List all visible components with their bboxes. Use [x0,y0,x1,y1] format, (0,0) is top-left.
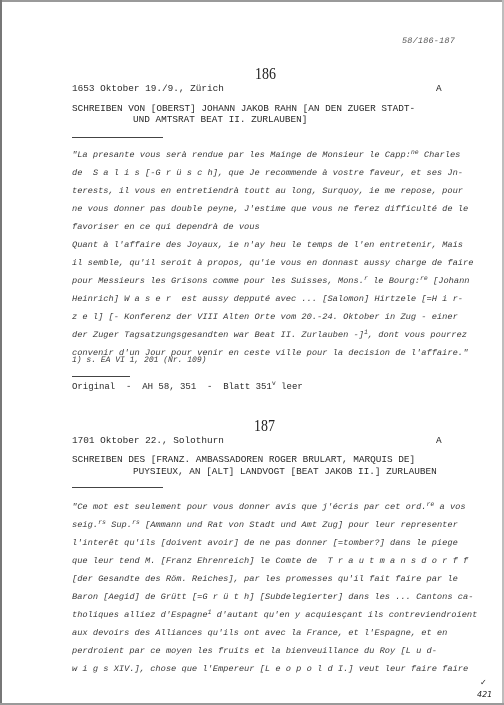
text-line: tholiques alliez d'Espagne1 d'autant qu'… [72,606,492,624]
page-reference: 58/186-187 [402,36,455,46]
text-line: favoriser en ce qui dependrà de vous [72,218,492,236]
text-line: Quant à l'affaire des Joyaux, ie n'ay he… [72,236,492,254]
footnote-186: 1) s. EA VI 1, 201 (Nr. 109) [72,356,206,365]
text-line: der Zuger Tagsatzungsgesandten war Beat … [72,326,492,344]
text-line: que leur tend M. [Franz Ehrenreich] le C… [72,552,492,570]
title-187-line2: PUYSIEUX, AN [ALT] LANDVOGT [BEAT JAKOB … [133,466,437,477]
document-number-187: 187 [254,416,275,436]
source-note-186: Original - AH 58, 351 - Blatt 351v leer [72,382,303,392]
title-187-line1: SCHREIBEN DES [FRANZ. AMBASSADOREN ROGER… [72,454,415,465]
text-line: Heinrich] W a s e r est aussy depputé av… [72,290,492,308]
text-line: ne vous donner pas double peyne, J'estim… [72,200,492,218]
checkmark-icon: ✓ [480,678,487,687]
text-line: l'interêt qu'ils [doivent avoir] de ne p… [72,534,492,552]
folio-number: 421 [477,690,492,699]
divider-rule [72,376,130,377]
text-line: aux devoirs des Alliances qu'ils ont ave… [72,624,492,642]
date-place-186: 1653 Oktober 19./9., Zürich [72,83,224,94]
divider-rule [72,137,163,138]
text-line: [der Gesandte des Röm. Reiches], par les… [72,570,492,588]
text-line: Baron [Aegid] de Grütt [=G r ü t h] [Sub… [72,588,492,606]
page-frame-left [0,0,2,705]
title-186-line2: UND AMTSRAT BEAT II. ZURLAUBEN] [133,114,307,125]
text-line: il semble, qu'il seroit à propos, qu'ie … [72,254,492,272]
marker-187: A [436,435,442,446]
text-line: de S a l i s [-G r ü s c h], que Je reco… [72,164,492,182]
text-line: seig.rs Sup.rs [Ammann und Rat von Stadt… [72,516,492,534]
text-line: "La presante vous serà rendue par les Ma… [72,146,492,164]
divider-rule [72,487,163,488]
letter-text-187: "Ce mot est seulement pour vous donner a… [72,498,492,678]
text-line: z e l] [- Konferenz der VIII Alten Orte … [72,308,492,326]
text-line: terests, il vous en entretiendrà toutt a… [72,182,492,200]
date-place-187: 1701 Oktober 22., Solothurn [72,435,224,446]
text-line: pour Messieurs les Grisons comme pour le… [72,272,492,290]
text-line: w i g s XIV.], chose que l'Empereur [L e… [72,660,492,678]
text-line: "Ce mot est seulement pour vous donner a… [72,498,492,516]
page-frame-top [0,0,504,2]
letter-text-186: "La presante vous serà rendue par les Ma… [72,146,492,362]
marker-186: A [436,83,442,94]
text-line: perdroient par ce moyen les fruits et la… [72,642,492,660]
title-186-line1: SCHREIBEN VON [OBERST] JOHANN JAKOB RAHN… [72,103,415,114]
document-number-186: 186 [255,64,276,84]
